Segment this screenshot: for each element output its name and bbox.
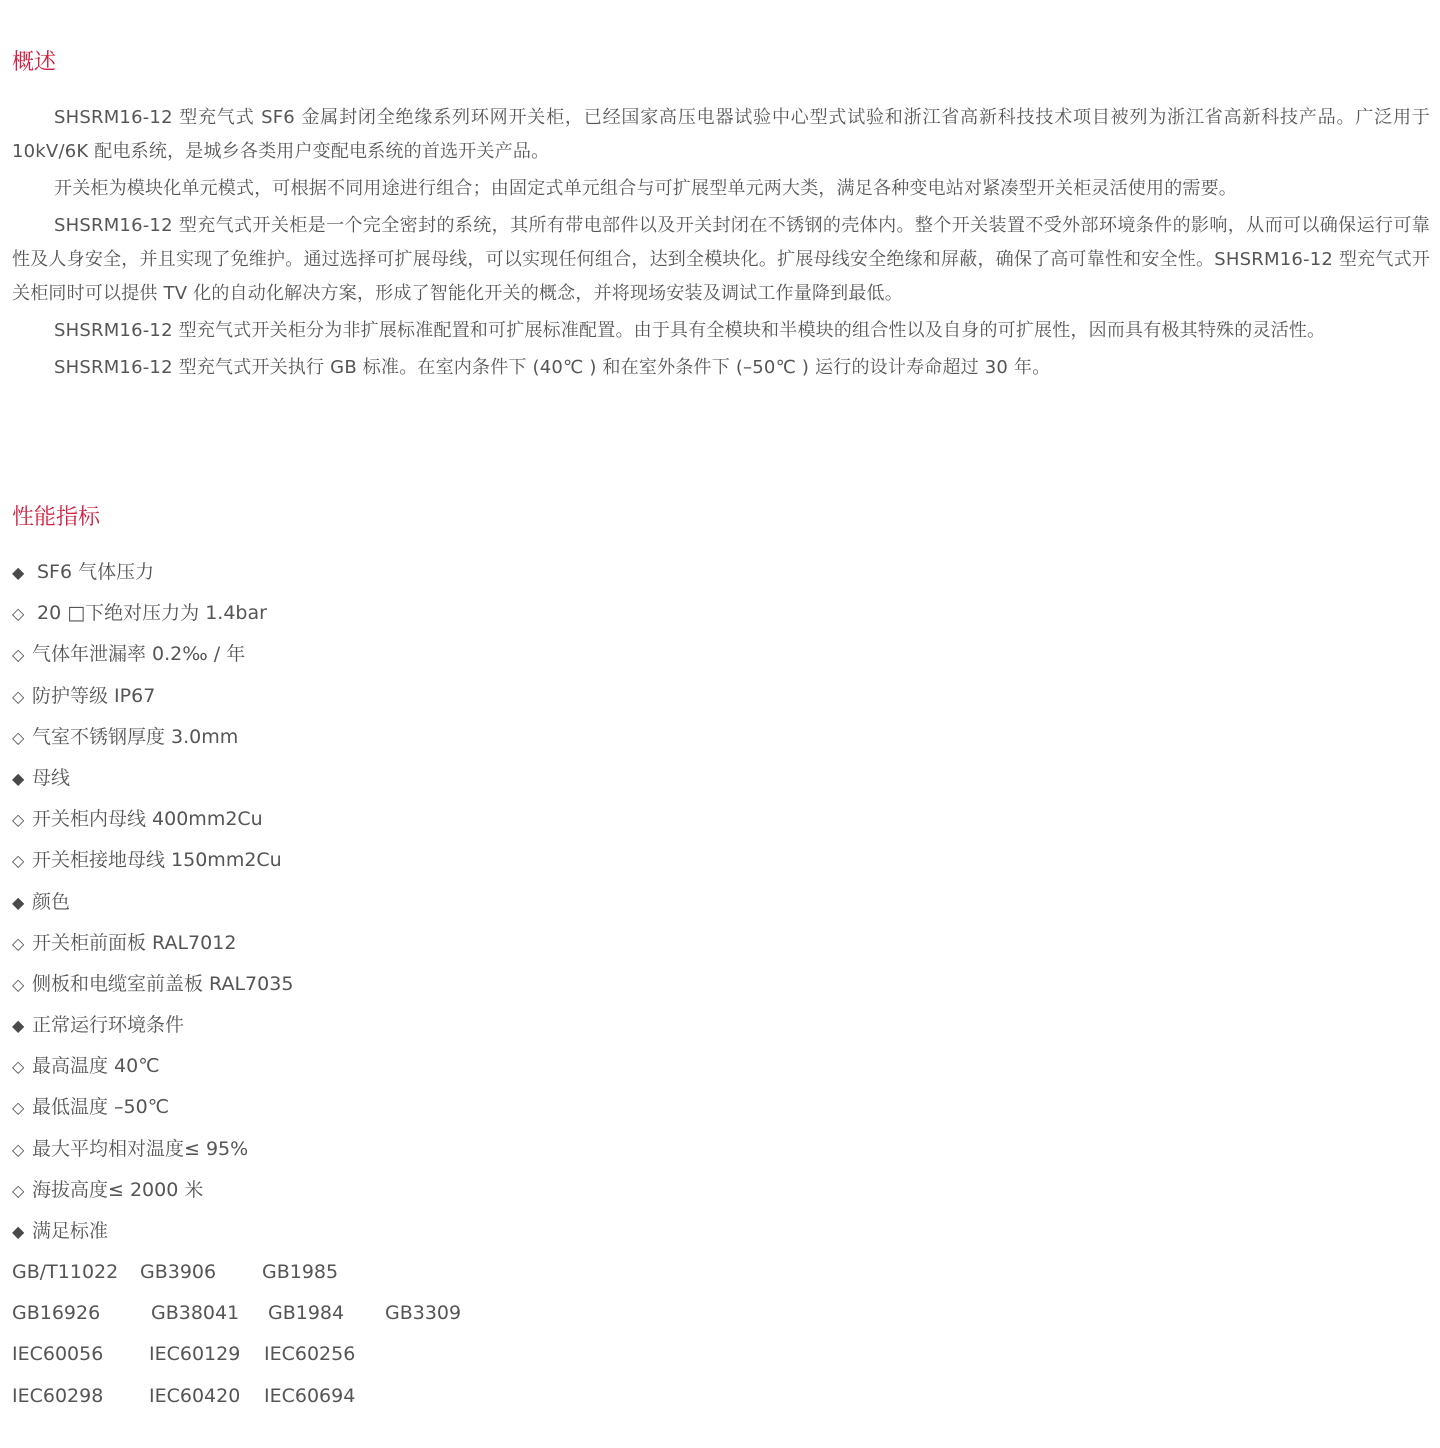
spec-text: 侧板和电缆室前盖板 RAL7035 bbox=[32, 964, 293, 1005]
spec-item: ◇开关柜前面板 RAL7012 bbox=[12, 923, 293, 964]
hollow-diamond-icon: ◇ bbox=[12, 964, 32, 1005]
hollow-diamond-icon: ◇ bbox=[12, 717, 32, 758]
standard-code: IEC60420 bbox=[149, 1376, 240, 1417]
hollow-diamond-icon: ◇ bbox=[12, 1087, 32, 1128]
spec-item: ◇侧板和电缆室前盖板 RAL7035 bbox=[12, 964, 293, 1005]
spec-category: ◆正常运行环境条件 bbox=[12, 1005, 293, 1046]
spec-text: 开关柜前面板 RAL7012 bbox=[32, 923, 236, 964]
overview-paragraph-3: SHSRM16-12 型充气式开关柜是一个完全密封的系统，其所有带电部件以及开关… bbox=[12, 209, 1430, 311]
spec-item: ◇气室不锈钢厚度 3.0mm bbox=[12, 717, 293, 758]
spec-item: ◇开关柜内母线 400mm2Cu bbox=[12, 799, 293, 840]
spec-text: 最低温度 –50℃ bbox=[32, 1087, 169, 1128]
standard-code: IEC60694 bbox=[264, 1376, 355, 1417]
spec-text: 满足标准 bbox=[32, 1211, 108, 1252]
spec-category: ◆SF6 气体压力 bbox=[12, 552, 293, 593]
hollow-diamond-icon: ◇ bbox=[12, 1129, 32, 1170]
spec-text: 20 □下绝对压力为 1.4bar bbox=[37, 593, 267, 634]
filled-diamond-icon: ◆ bbox=[12, 1005, 32, 1046]
spec-item: ◇最大平均相对温度≤ 95% bbox=[12, 1129, 293, 1170]
hollow-diamond-icon: ◇ bbox=[12, 593, 37, 634]
specs-heading: 性能指标 bbox=[12, 503, 100, 533]
spec-text: 开关柜接地母线 150mm2Cu bbox=[32, 840, 282, 881]
overview-heading: 概述 bbox=[12, 48, 56, 78]
hollow-diamond-icon: ◇ bbox=[12, 799, 32, 840]
spec-category: ◆满足标准 bbox=[12, 1211, 293, 1252]
standard-code: IEC60298 bbox=[12, 1376, 103, 1417]
standard-code: GB38041 bbox=[151, 1293, 239, 1334]
hollow-diamond-icon: ◇ bbox=[12, 1046, 32, 1087]
specs-list: ◆SF6 气体压力◇20 □下绝对压力为 1.4bar◇气体年泄漏率 0.2‰ … bbox=[12, 552, 293, 1252]
overview-paragraph-2: 开关柜为模块化单元模式，可根据不同用途进行组合；由固定式单元组合与可扩展型单元两… bbox=[12, 172, 1430, 206]
standard-code: GB16926 bbox=[12, 1293, 100, 1334]
spec-item: ◇气体年泄漏率 0.2‰ / 年 bbox=[12, 634, 293, 675]
spec-text: SF6 气体压力 bbox=[37, 552, 154, 593]
spec-text: 最大平均相对温度≤ 95% bbox=[32, 1129, 248, 1170]
spec-item: ◇防护等级 IP67 bbox=[12, 676, 293, 717]
spec-text: 海拔高度≤ 2000 米 bbox=[32, 1170, 203, 1211]
standard-code: IEC60129 bbox=[149, 1334, 240, 1375]
hollow-diamond-icon: ◇ bbox=[12, 1170, 32, 1211]
filled-diamond-icon: ◆ bbox=[12, 882, 32, 923]
filled-diamond-icon: ◆ bbox=[12, 1211, 32, 1252]
filled-diamond-icon: ◆ bbox=[12, 758, 32, 799]
hollow-diamond-icon: ◇ bbox=[12, 634, 32, 675]
spec-category: ◆母线 bbox=[12, 758, 293, 799]
standard-code: GB3906 bbox=[140, 1252, 216, 1293]
spec-item: ◇海拔高度≤ 2000 米 bbox=[12, 1170, 293, 1211]
spec-item: ◇20 □下绝对压力为 1.4bar bbox=[12, 593, 293, 634]
filled-diamond-icon: ◆ bbox=[12, 552, 37, 593]
standard-code: IEC60056 bbox=[12, 1334, 103, 1375]
overview-paragraph-5: SHSRM16-12 型充气式开关执行 GB 标准。在室内条件下 (40℃ ) … bbox=[12, 351, 1430, 385]
spec-text: 气体年泄漏率 0.2‰ / 年 bbox=[32, 634, 245, 675]
standard-code: IEC60256 bbox=[264, 1334, 355, 1375]
spec-text: 防护等级 IP67 bbox=[32, 676, 155, 717]
overview-body: SHSRM16-12 型充气式 SF6 金属封闭全绝缘系列环网开关柜，已经国家高… bbox=[12, 101, 1430, 388]
hollow-diamond-icon: ◇ bbox=[12, 840, 32, 881]
spec-text: 正常运行环境条件 bbox=[32, 1005, 184, 1046]
overview-paragraph-1: SHSRM16-12 型充气式 SF6 金属封闭全绝缘系列环网开关柜，已经国家高… bbox=[12, 101, 1430, 169]
hollow-diamond-icon: ◇ bbox=[12, 676, 32, 717]
spec-text: 气室不锈钢厚度 3.0mm bbox=[32, 717, 238, 758]
spec-item: ◇最高温度 40℃ bbox=[12, 1046, 293, 1087]
standard-code: GB1984 bbox=[268, 1293, 344, 1334]
spec-item: ◇最低温度 –50℃ bbox=[12, 1087, 293, 1128]
spec-text: 开关柜内母线 400mm2Cu bbox=[32, 799, 263, 840]
standard-code: GB/T11022 bbox=[12, 1252, 118, 1293]
spec-text: 颜色 bbox=[32, 882, 70, 923]
spec-item: ◇开关柜接地母线 150mm2Cu bbox=[12, 840, 293, 881]
spec-text: 母线 bbox=[32, 758, 70, 799]
standard-code: GB1985 bbox=[262, 1252, 338, 1293]
hollow-diamond-icon: ◇ bbox=[12, 923, 32, 964]
spec-category: ◆颜色 bbox=[12, 882, 293, 923]
standard-code: GB3309 bbox=[385, 1293, 461, 1334]
spec-text: 最高温度 40℃ bbox=[32, 1046, 160, 1087]
overview-paragraph-4: SHSRM16-12 型充气式开关柜分为非扩展标准配置和可扩展标准配置。由于具有… bbox=[12, 314, 1430, 348]
